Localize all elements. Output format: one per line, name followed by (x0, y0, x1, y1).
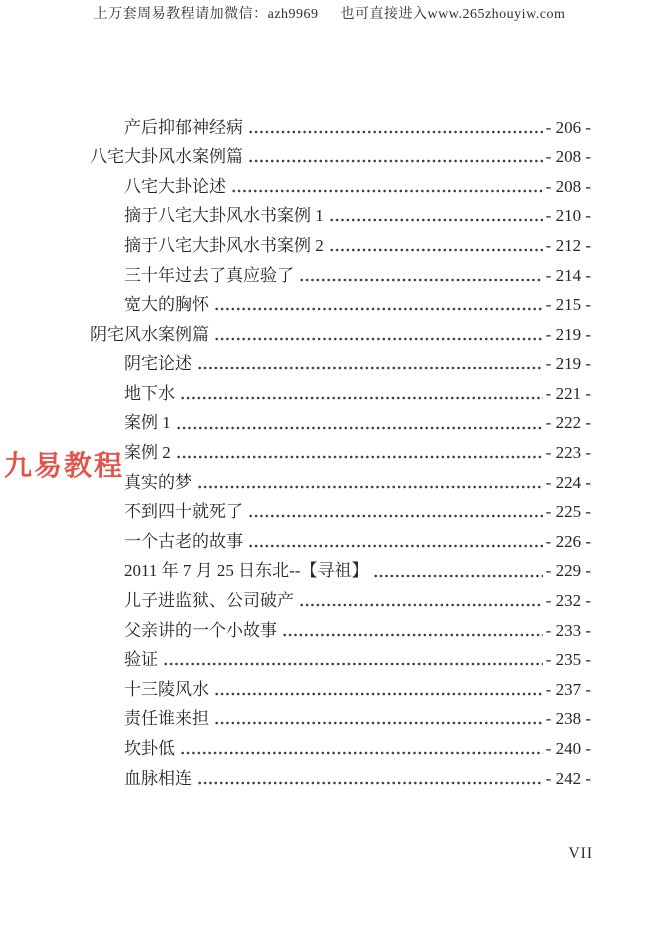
toc-entry-page: - 219 - (546, 325, 591, 345)
toc-row: 阴宅风水案例篇- 219 - (90, 315, 591, 345)
toc-entry-title: 责任谁来担 (124, 709, 209, 729)
toc-entry-page: - 235 - (546, 650, 591, 670)
toc-entry-title: 一个古老的故事 (124, 532, 243, 552)
toc-entry-title: 验证 (124, 650, 158, 670)
dot-leader (176, 426, 543, 430)
toc-entry-title: 父亲讲的一个小故事 (124, 621, 277, 641)
toc-row: 血脉相连- 242 - (90, 759, 591, 789)
dot-leader (214, 337, 543, 341)
toc-entry-page: - 221 - (546, 384, 591, 404)
toc-row: 八宅大卦论述- 208 - (90, 167, 591, 197)
toc-list: 产后抑郁神经病- 206 -八宅大卦风水案例篇- 208 -八宅大卦论述- 20… (90, 108, 591, 789)
toc-entry-page: - 210 - (546, 206, 591, 226)
toc-entry-page: - 219 - (546, 354, 591, 374)
dot-leader (197, 366, 543, 370)
toc-entry-title: 摘于八宅大卦风水书案例 2 (124, 236, 324, 256)
toc-entry-title: 宽大的胸怀 (124, 295, 209, 315)
toc-entry-page: - 212 - (546, 236, 591, 256)
toc-row: 坎卦低- 240 - (90, 729, 591, 759)
toc-row: 阴宅论述- 219 - (90, 345, 591, 375)
dot-leader (197, 485, 543, 489)
dot-leader (248, 130, 543, 134)
toc-entry-page: - 238 - (546, 709, 591, 729)
toc-entry-title: 血脉相连 (124, 769, 192, 789)
dot-leader (282, 633, 543, 637)
toc-row: 宽大的胸怀- 215 - (90, 286, 591, 316)
dot-leader (248, 159, 543, 163)
toc-entry-page: - 233 - (546, 621, 591, 641)
header-url-text: 也可直接进入www.265zhouyiw.com (341, 7, 566, 22)
dot-leader (214, 692, 543, 696)
toc-row: 儿子进监狱、公司破产- 232 - (90, 582, 591, 612)
toc-entry-page: - 208 - (546, 147, 591, 167)
toc-row: 不到四十就死了- 225 - (90, 493, 591, 523)
toc-entry-title: 真实的梦 (124, 473, 192, 493)
toc-entry-page: - 237 - (546, 680, 591, 700)
toc-row: 案例 2- 223 - (90, 434, 591, 464)
dot-leader (299, 278, 543, 282)
page-header: 上万套周易教程请加微信：azh9969 也可直接进入www.265zhouyiw… (0, 3, 659, 23)
toc-entry-title: 十三陵风水 (124, 680, 209, 700)
toc-entry-page: - 214 - (546, 266, 591, 286)
dot-leader (231, 189, 543, 193)
toc-entry-title: 三十年过去了真应验了 (124, 266, 294, 286)
toc-entry-page: - 222 - (546, 413, 591, 433)
toc-entry-title: 阴宅论述 (124, 354, 192, 374)
toc-entry-title: 地下水 (124, 384, 175, 404)
toc-row: 一个古老的故事- 226 - (90, 522, 591, 552)
toc-row: 责任谁来担- 238 - (90, 700, 591, 730)
toc-row: 案例 1- 222 - (90, 404, 591, 434)
toc-row: 真实的梦- 224 - (90, 463, 591, 493)
toc-entry-title: 2011 年 7 月 25 日东北--【寻祖】 (124, 561, 368, 581)
toc-entry-page: - 226 - (546, 532, 591, 552)
dot-leader (329, 218, 543, 222)
toc-entry-title: 八宅大卦风水案例篇 (90, 147, 243, 167)
dot-leader (214, 721, 543, 725)
toc-row: 十三陵风水- 237 - (90, 670, 591, 700)
toc-entry-title: 儿子进监狱、公司破产 (124, 591, 294, 611)
dot-leader (248, 544, 543, 548)
toc-entry-page: - 240 - (546, 739, 591, 759)
dot-leader (329, 248, 543, 252)
toc-row: 父亲讲的一个小故事- 233 - (90, 611, 591, 641)
toc-entry-title: 案例 1 (124, 413, 171, 433)
toc-row: 八宅大卦风水案例篇- 208 - (90, 138, 591, 168)
dot-leader (180, 751, 543, 755)
toc-row: 地下水- 221 - (90, 374, 591, 404)
dot-leader (214, 307, 543, 311)
toc-entry-title: 坎卦低 (124, 739, 175, 759)
toc-entry-title: 产后抑郁神经病 (124, 118, 243, 138)
toc-row: 2011 年 7 月 25 日东北--【寻祖】- 229 - (90, 552, 591, 582)
dot-leader (176, 455, 543, 459)
toc-entry-title: 八宅大卦论述 (124, 177, 226, 197)
toc-entry-page: - 223 - (546, 443, 591, 463)
toc-entry-page: - 242 - (546, 769, 591, 789)
document-page: 上万套周易教程请加微信：azh9969 也可直接进入www.265zhouyiw… (0, 0, 659, 929)
toc-entry-page: - 215 - (546, 295, 591, 315)
toc-row: 验证- 235 - (90, 641, 591, 671)
toc-entry-page: - 224 - (546, 473, 591, 493)
dot-leader (197, 781, 543, 785)
dot-leader (248, 514, 543, 518)
dot-leader (373, 574, 542, 578)
page-number: VII (568, 845, 593, 863)
toc-entry-page: - 206 - (546, 118, 591, 138)
toc-entry-page: - 208 - (546, 177, 591, 197)
toc-entry-title: 阴宅风水案例篇 (90, 325, 209, 345)
dot-leader (163, 662, 543, 666)
toc-row: 产后抑郁神经病- 206 - (90, 108, 591, 138)
toc-row: 摘于八宅大卦风水书案例 1- 210 - (90, 197, 591, 227)
watermark: 九易教程 (4, 444, 124, 484)
toc-row: 摘于八宅大卦风水书案例 2- 212 - (90, 226, 591, 256)
dot-leader (299, 603, 543, 607)
toc-entry-page: - 229 - (546, 561, 591, 581)
toc-row: 三十年过去了真应验了- 214 - (90, 256, 591, 286)
dot-leader (180, 396, 543, 400)
toc-entry-title: 案例 2 (124, 443, 171, 463)
header-promo-text: 上万套周易教程请加微信：azh9969 (94, 7, 319, 22)
toc-entry-page: - 225 - (546, 502, 591, 522)
toc-entry-page: - 232 - (546, 591, 591, 611)
toc-entry-title: 不到四十就死了 (124, 502, 243, 522)
toc-entry-title: 摘于八宅大卦风水书案例 1 (124, 206, 324, 226)
